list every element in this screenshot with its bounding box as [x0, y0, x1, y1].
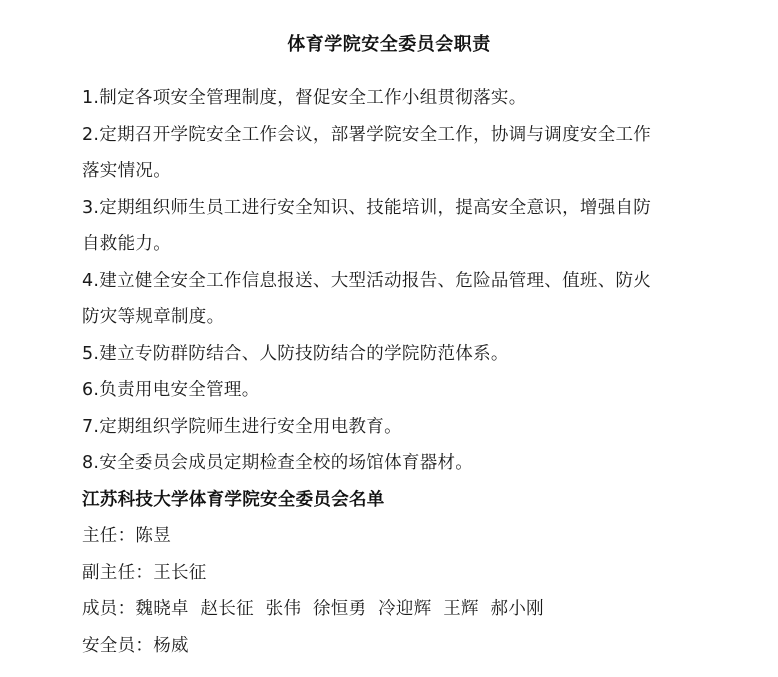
duty-item-2-cont: 落实情况。 [82, 153, 682, 190]
document-body: 1.制定各项安全管理制度，督促安全工作小组贯彻落实。 2.定期召开学院安全工作会… [82, 80, 682, 664]
duty-item-3: 3.定期组织师生员工进行安全知识、技能培训，提高安全意识，增强自防 [82, 190, 682, 227]
duty-item-6: 6.负责用电安全管理。 [82, 372, 682, 409]
roster-deputy-director: 副主任：王长征 [82, 555, 682, 592]
duties-list: 1.制定各项安全管理制度，督促安全工作小组贯彻落实。 2.定期召开学院安全工作会… [82, 80, 682, 482]
duty-item-8: 8.安全委员会成员定期检查全校的场馆体育器材。 [82, 445, 682, 482]
duty-item-5: 5.建立专防群防结合、人防技防结合的学院防范体系。 [82, 336, 682, 373]
duty-item-2: 2.定期召开学院安全工作会议，部署学院安全工作，协调与调度安全工作 [82, 117, 682, 154]
roster-heading: 江苏科技大学体育学院安全委员会名单 [82, 482, 682, 519]
roster-members: 成员：魏晓卓 赵长征 张伟 徐恒勇 冷迎辉 王辉 郝小刚 [82, 591, 682, 628]
duty-item-3-cont: 自救能力。 [82, 226, 682, 263]
duty-item-1: 1.制定各项安全管理制度，督促安全工作小组贯彻落实。 [82, 80, 682, 117]
duty-item-7: 7.定期组织学院师生进行安全用电教育。 [82, 409, 682, 446]
duty-item-4: 4.建立健全安全工作信息报送、大型活动报告、危险品管理、值班、防火 [82, 263, 682, 300]
roster-safety-officer: 安全员：杨威 [82, 628, 682, 665]
roster-section: 江苏科技大学体育学院安全委员会名单 主任：陈昱 副主任：王长征 成员：魏晓卓 赵… [82, 482, 682, 665]
page-title: 体育学院安全委员会职责 [0, 30, 778, 56]
duty-item-4-cont: 防灾等规章制度。 [82, 299, 682, 336]
roster-director: 主任：陈昱 [82, 518, 682, 555]
